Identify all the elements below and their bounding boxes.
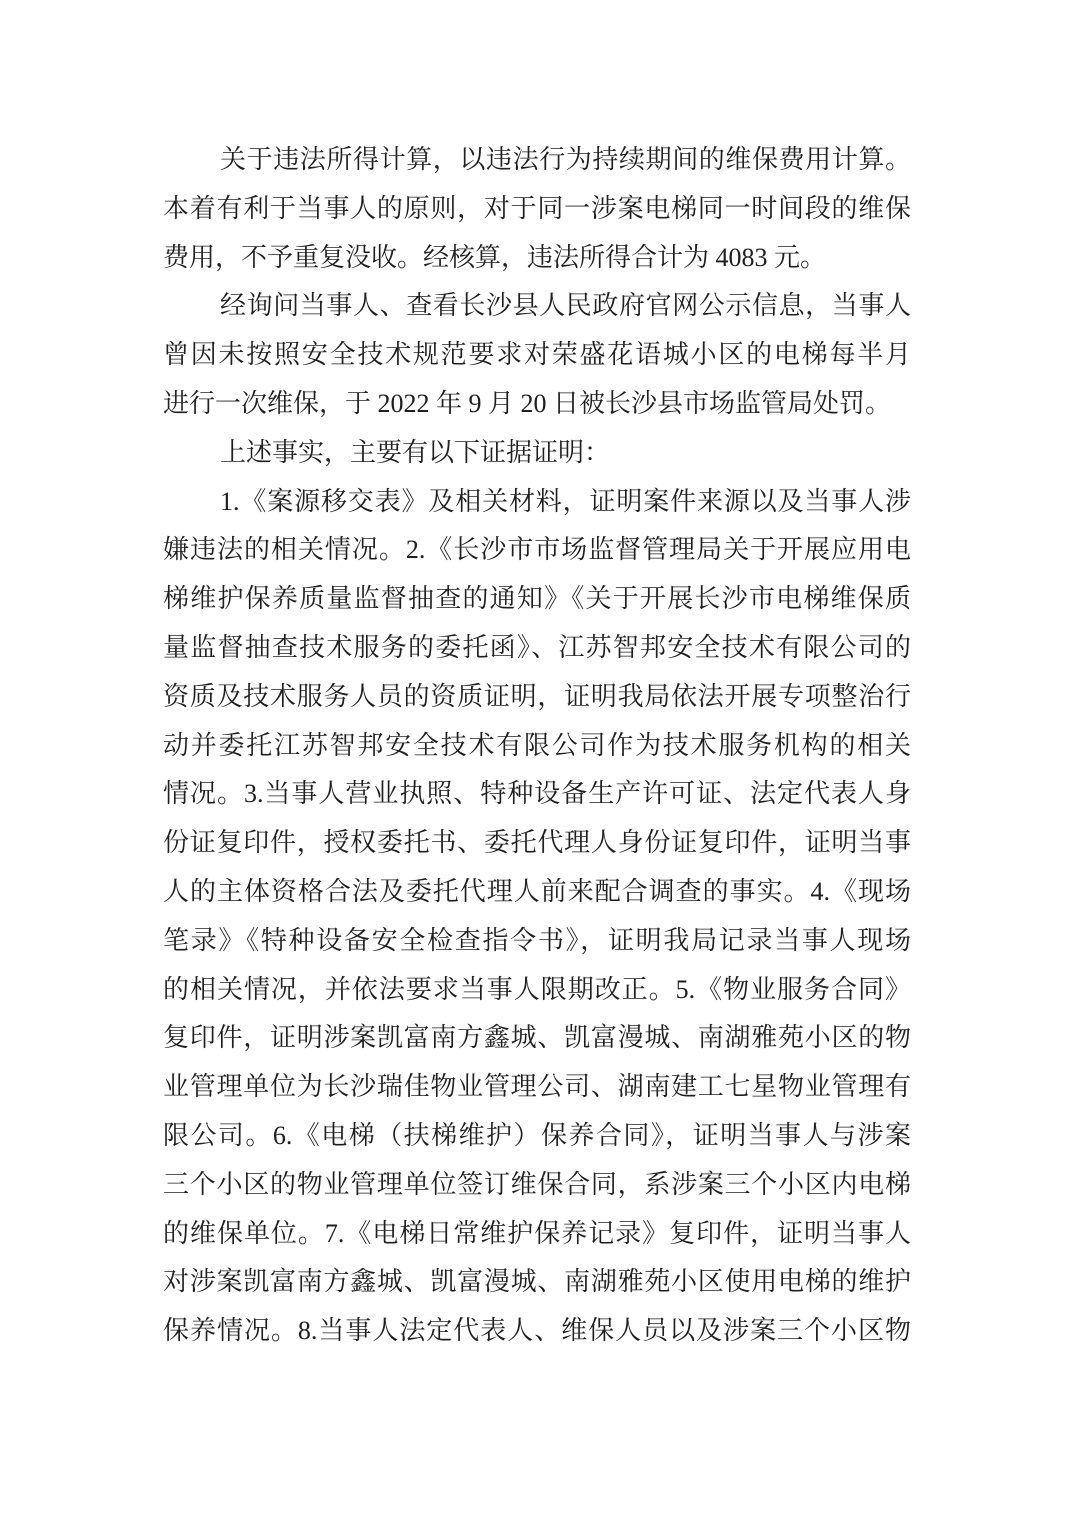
paragraph: 1.《案源移交表》及相关材料，证明案件来源以及当事人涉嫌违法的相关情况。2.《长… [163, 478, 911, 1356]
document-page: 关于违法所得计算，以违法行为持续期间的维保费用计算。本着有利于当事人的原则，对于… [0, 0, 1074, 1520]
paragraph: 经询问当事人、查看长沙县人民政府官网公示信息，当事人曾因未按照安全技术规范要求对… [163, 282, 911, 428]
document-line: 本着有利于当事人的原则，对于同一涉案电梯同一时间段的维保 [163, 185, 911, 234]
document-line: 对涉案凯富南方鑫城、凯富漫城、南湖雅苑小区使用电梯的维护 [163, 1258, 911, 1307]
document-line: 梯维护保养质量监督抽查的通知》《关于开展长沙市电梯维保质 [163, 575, 911, 624]
document-line: 笔录》《特种设备安全检查指令书》，证明我局记录当事人现场 [163, 917, 911, 966]
document-line: 业管理单位为长沙瑞佳物业管理公司、湖南建工七星物业管理有 [163, 1063, 911, 1112]
document-line: 人的主体资格合法及委托代理人前来配合调查的事实。4.《现场 [163, 868, 911, 917]
document-line: 保养情况。8.当事人法定代表人、维保人员以及涉案三个小区物 [163, 1307, 911, 1356]
document-line: 费用，不予重复没收。经核算，违法所得合计为 4083 元。 [163, 234, 911, 283]
document-line: 的维保单位。7.《电梯日常维护保养记录》复印件，证明当事人 [163, 1210, 911, 1259]
document-line: 曾因未按照安全技术规范要求对荣盛花语城小区的电梯每半月 [163, 331, 911, 380]
document-line: 关于违法所得计算，以违法行为持续期间的维保费用计算。 [163, 136, 911, 185]
document-line: 三个小区的物业管理单位签订维保合同，系涉案三个小区内电梯 [163, 1161, 911, 1210]
paragraph: 关于违法所得计算，以违法行为持续期间的维保费用计算。本着有利于当事人的原则，对于… [163, 136, 911, 282]
document-line: 1.《案源移交表》及相关材料，证明案件来源以及当事人涉 [163, 478, 911, 527]
paragraph: 上述事实，主要有以下证据证明： [163, 429, 911, 478]
document-body: 关于违法所得计算，以违法行为持续期间的维保费用计算。本着有利于当事人的原则，对于… [163, 136, 911, 1356]
document-line: 资质及技术服务人员的资质证明，证明我局依法开展专项整治行 [163, 673, 911, 722]
document-line: 情况。3.当事人营业执照、特种设备生产许可证、法定代表人身 [163, 770, 911, 819]
document-line: 上述事实，主要有以下证据证明： [163, 429, 911, 478]
document-line: 嫌违法的相关情况。2.《长沙市市场监督管理局关于开展应用电 [163, 526, 911, 575]
document-line: 复印件，证明涉案凯富南方鑫城、凯富漫城、南湖雅苑小区的物 [163, 1014, 911, 1063]
document-line: 份证复印件，授权委托书、委托代理人身份证复印件，证明当事 [163, 819, 911, 868]
document-line: 的相关情况，并依法要求当事人限期改正。5.《物业服务合同》 [163, 966, 911, 1015]
document-line: 限公司。6.《电梯（扶梯维护）保养合同》，证明当事人与涉案 [163, 1112, 911, 1161]
document-line: 经询问当事人、查看长沙县人民政府官网公示信息，当事人 [163, 282, 911, 331]
document-line: 进行一次维保，于 2022 年 9 月 20 日被长沙县市场监管局处罚。 [163, 380, 911, 429]
document-line: 动并委托江苏智邦安全技术有限公司作为技术服务机构的相关 [163, 722, 911, 771]
document-line: 量监督抽查技术服务的委托函》、江苏智邦安全技术有限公司的 [163, 624, 911, 673]
